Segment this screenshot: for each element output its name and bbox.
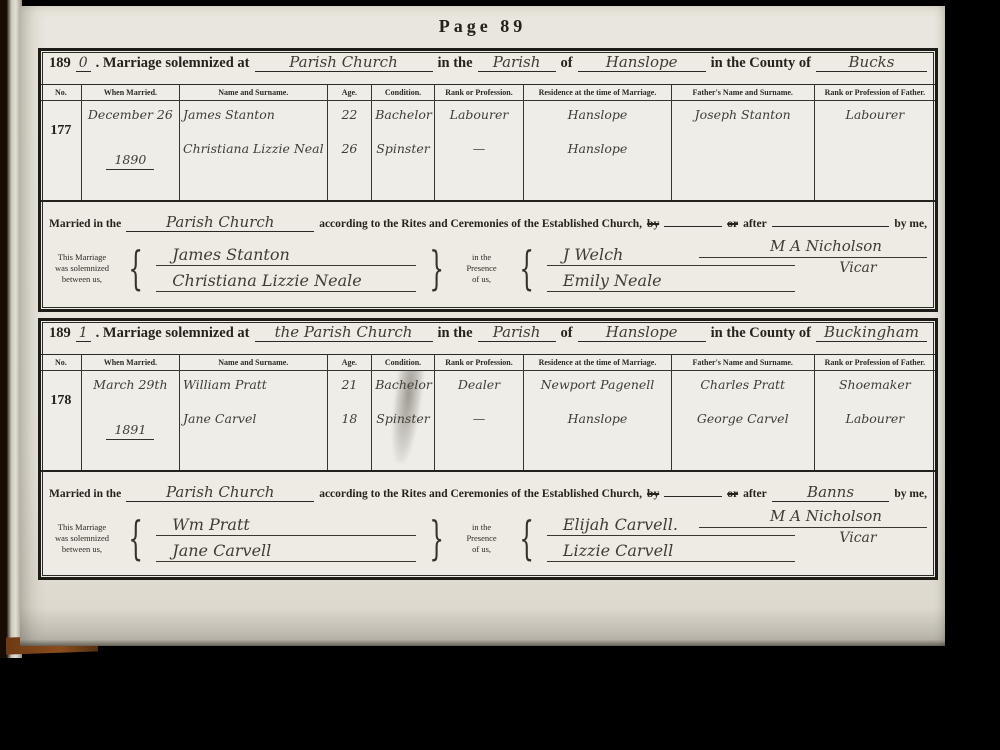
- brace-close-parties: }: [430, 520, 445, 557]
- bride-rank: —: [438, 410, 520, 427]
- county-label: in the County of: [711, 55, 811, 72]
- year-written: 1: [76, 325, 91, 342]
- after-word: after: [743, 488, 767, 500]
- in-the-label: in the: [438, 55, 473, 72]
- parish-entry: Hanslope: [578, 54, 706, 72]
- or-word: or: [727, 488, 738, 500]
- or-word: or: [727, 218, 738, 230]
- year-printed: 189: [49, 55, 71, 72]
- party-signatures: Wm Pratt Jane Carvell: [156, 515, 416, 562]
- bride-age: 18: [331, 410, 369, 427]
- date-line2: 1891: [85, 421, 176, 440]
- bride-name: Jane Carvel: [183, 410, 324, 427]
- table-header-row: No. When Married. Name and Surname. Age.…: [41, 85, 935, 101]
- groom-signature: James Stanton: [156, 245, 416, 266]
- of-label: of: [561, 325, 573, 342]
- col-condition: Condition.: [372, 85, 435, 101]
- by-me-label: by me,: [894, 488, 927, 500]
- brace-close-parties: }: [430, 250, 445, 287]
- brace-open-witnesses: {: [519, 250, 534, 287]
- marriage-record-178: 1891. Marriage solemnized at the Parish …: [38, 318, 938, 580]
- witness2-signature: Lizzie Carvell: [547, 541, 795, 562]
- parish-entry: Hanslope: [578, 324, 706, 342]
- presence-label: in the Presence of us,: [458, 522, 506, 555]
- groom-rank: Labourer: [438, 106, 520, 123]
- party-signatures: James Stanton Christiana Lizzie Neale: [156, 245, 416, 292]
- register-page: Page 89 1890. Marriage solemnized at Par…: [20, 6, 945, 646]
- groom-father: Charles Pratt: [675, 376, 811, 393]
- brace-open-parties: {: [128, 520, 143, 557]
- groom-residence: Newport Pagenell: [527, 376, 668, 393]
- col-no: No.: [41, 355, 81, 371]
- groom-rank: Dealer: [438, 376, 520, 393]
- groom-father-rank: Labourer: [818, 106, 932, 123]
- col-when-married: When Married.: [81, 85, 179, 101]
- by-me-label: by me,: [894, 218, 927, 230]
- church-entry: the Parish Church: [255, 324, 433, 342]
- this-marriage-label: This Marriage was solemnized between us,: [49, 252, 115, 285]
- bride-signature: Jane Carvell: [156, 541, 416, 562]
- col-name-surname: Name and Surname.: [180, 85, 328, 101]
- groom-name: James Stanton: [183, 106, 324, 123]
- according-label: according to the Rites and Ceremonies of…: [319, 488, 642, 500]
- groom-father: Joseph Stanton: [675, 106, 811, 123]
- witness-section: This Marriage was solemnized between us,…: [49, 515, 795, 562]
- col-condition: Condition.: [372, 355, 435, 371]
- col-age: Age.: [327, 355, 372, 371]
- groom-name: William Pratt: [183, 376, 324, 393]
- by-word: by: [647, 218, 659, 230]
- entry-number: 178: [44, 393, 78, 409]
- col-no: No.: [41, 85, 81, 101]
- bride-condition: Spinster: [375, 140, 431, 157]
- groom-age: 21: [331, 376, 369, 393]
- col-rank: Rank or Profession.: [434, 85, 523, 101]
- col-father-rank: Rank or Profession of Father.: [814, 355, 935, 371]
- table-row: 178 March 29th 1891 William Pratt Jane C…: [41, 371, 935, 472]
- witness-section: This Marriage was solemnized between us,…: [49, 245, 795, 292]
- rites-line: Married in the Parish Church according t…: [49, 214, 927, 232]
- parish-word-entry: Parish: [478, 324, 556, 342]
- married-in-entry: Parish Church: [126, 484, 314, 502]
- county-label: in the County of: [711, 325, 811, 342]
- bride-condition: Spinster: [375, 410, 431, 427]
- year-written: 0: [76, 55, 91, 72]
- county-entry: Bucks: [816, 54, 927, 72]
- col-when-married: When Married.: [81, 355, 179, 371]
- married-in-entry: Parish Church: [126, 214, 314, 232]
- witness-signatures: J Welch Emily Neale: [547, 245, 795, 292]
- bride-father-rank: Labourer: [818, 410, 932, 427]
- witness2-signature: Emily Neale: [547, 271, 795, 292]
- entry-number: 177: [44, 123, 78, 139]
- col-residence: Residence at the time of Marriage.: [524, 85, 672, 101]
- groom-age: 22: [331, 106, 369, 123]
- of-label: of: [561, 55, 573, 72]
- in-the-label: in the: [438, 325, 473, 342]
- this-marriage-label: This Marriage was solemnized between us,: [49, 522, 115, 555]
- groom-father-rank: Shoemaker: [818, 376, 932, 393]
- register-table: No. When Married. Name and Surname. Age.…: [41, 84, 935, 202]
- after-entry: Banns: [772, 484, 890, 502]
- brace-open-parties: {: [128, 250, 143, 287]
- date-line1: March 29th: [85, 376, 176, 393]
- col-name-surname: Name and Surname.: [180, 355, 328, 371]
- after-entry: [772, 226, 890, 227]
- by-blank: [664, 496, 722, 497]
- church-entry: Parish Church: [255, 54, 433, 72]
- book-spine-edge: [0, 0, 22, 658]
- col-rank: Rank or Profession.: [434, 355, 523, 371]
- witness1-signature: J Welch: [547, 245, 795, 266]
- bride-age: 26: [331, 140, 369, 157]
- col-father-rank: Rank or Profession of Father.: [814, 85, 935, 101]
- col-age: Age.: [327, 85, 372, 101]
- marriage-record-177: 1890. Marriage solemnized at Parish Chur…: [38, 48, 938, 312]
- groom-condition: Bachelor: [375, 106, 431, 123]
- table-header-row: No. When Married. Name and Surname. Age.…: [41, 355, 935, 371]
- groom-condition: Bachelor: [375, 376, 431, 393]
- parish-word-entry: Parish: [478, 54, 556, 72]
- bride-residence: Hanslope: [527, 140, 668, 157]
- witness1-signature: Elijah Carvell.: [547, 515, 795, 536]
- bride-signature: Christiana Lizzie Neale: [156, 271, 416, 292]
- presence-label: in the Presence of us,: [458, 252, 506, 285]
- date-line1: December 26: [85, 106, 176, 123]
- col-residence: Residence at the time of Marriage.: [524, 355, 672, 371]
- bride-name: Christiana Lizzie Neal: [183, 140, 324, 157]
- groom-signature: Wm Pratt: [156, 515, 416, 536]
- by-word: by: [647, 488, 659, 500]
- after-word: after: [743, 218, 767, 230]
- solemnized-label: . Marriage solemnized at: [96, 55, 250, 72]
- solemnized-label: . Marriage solemnized at: [96, 325, 250, 342]
- col-father-name: Father's Name and Surname.: [671, 85, 814, 101]
- page-title: Page 89: [20, 16, 945, 37]
- bride-father: George Carvel: [675, 410, 811, 427]
- groom-residence: Hanslope: [527, 106, 668, 123]
- by-blank: [664, 226, 722, 227]
- record-header: 1891. Marriage solemnized at the Parish …: [49, 324, 927, 354]
- brace-open-witnesses: {: [519, 520, 534, 557]
- witness-signatures: Elijah Carvell. Lizzie Carvell: [547, 515, 795, 562]
- date-line2: 1890: [85, 151, 176, 170]
- bride-residence: Hanslope: [527, 410, 668, 427]
- register-table: No. When Married. Name and Surname. Age.…: [41, 354, 935, 472]
- bride-rank: —: [438, 140, 520, 157]
- according-label: according to the Rites and Ceremonies of…: [319, 218, 642, 230]
- married-in-label: Married in the: [49, 218, 121, 230]
- year-printed: 189: [49, 325, 71, 342]
- table-row: 177 December 26 1890 James Stanton Chris…: [41, 101, 935, 202]
- rites-line: Married in the Parish Church according t…: [49, 484, 927, 502]
- record-header: 1890. Marriage solemnized at Parish Chur…: [49, 54, 927, 84]
- married-in-label: Married in the: [49, 488, 121, 500]
- county-entry: Buckingham: [816, 324, 927, 342]
- col-father-name: Father's Name and Surname.: [671, 355, 814, 371]
